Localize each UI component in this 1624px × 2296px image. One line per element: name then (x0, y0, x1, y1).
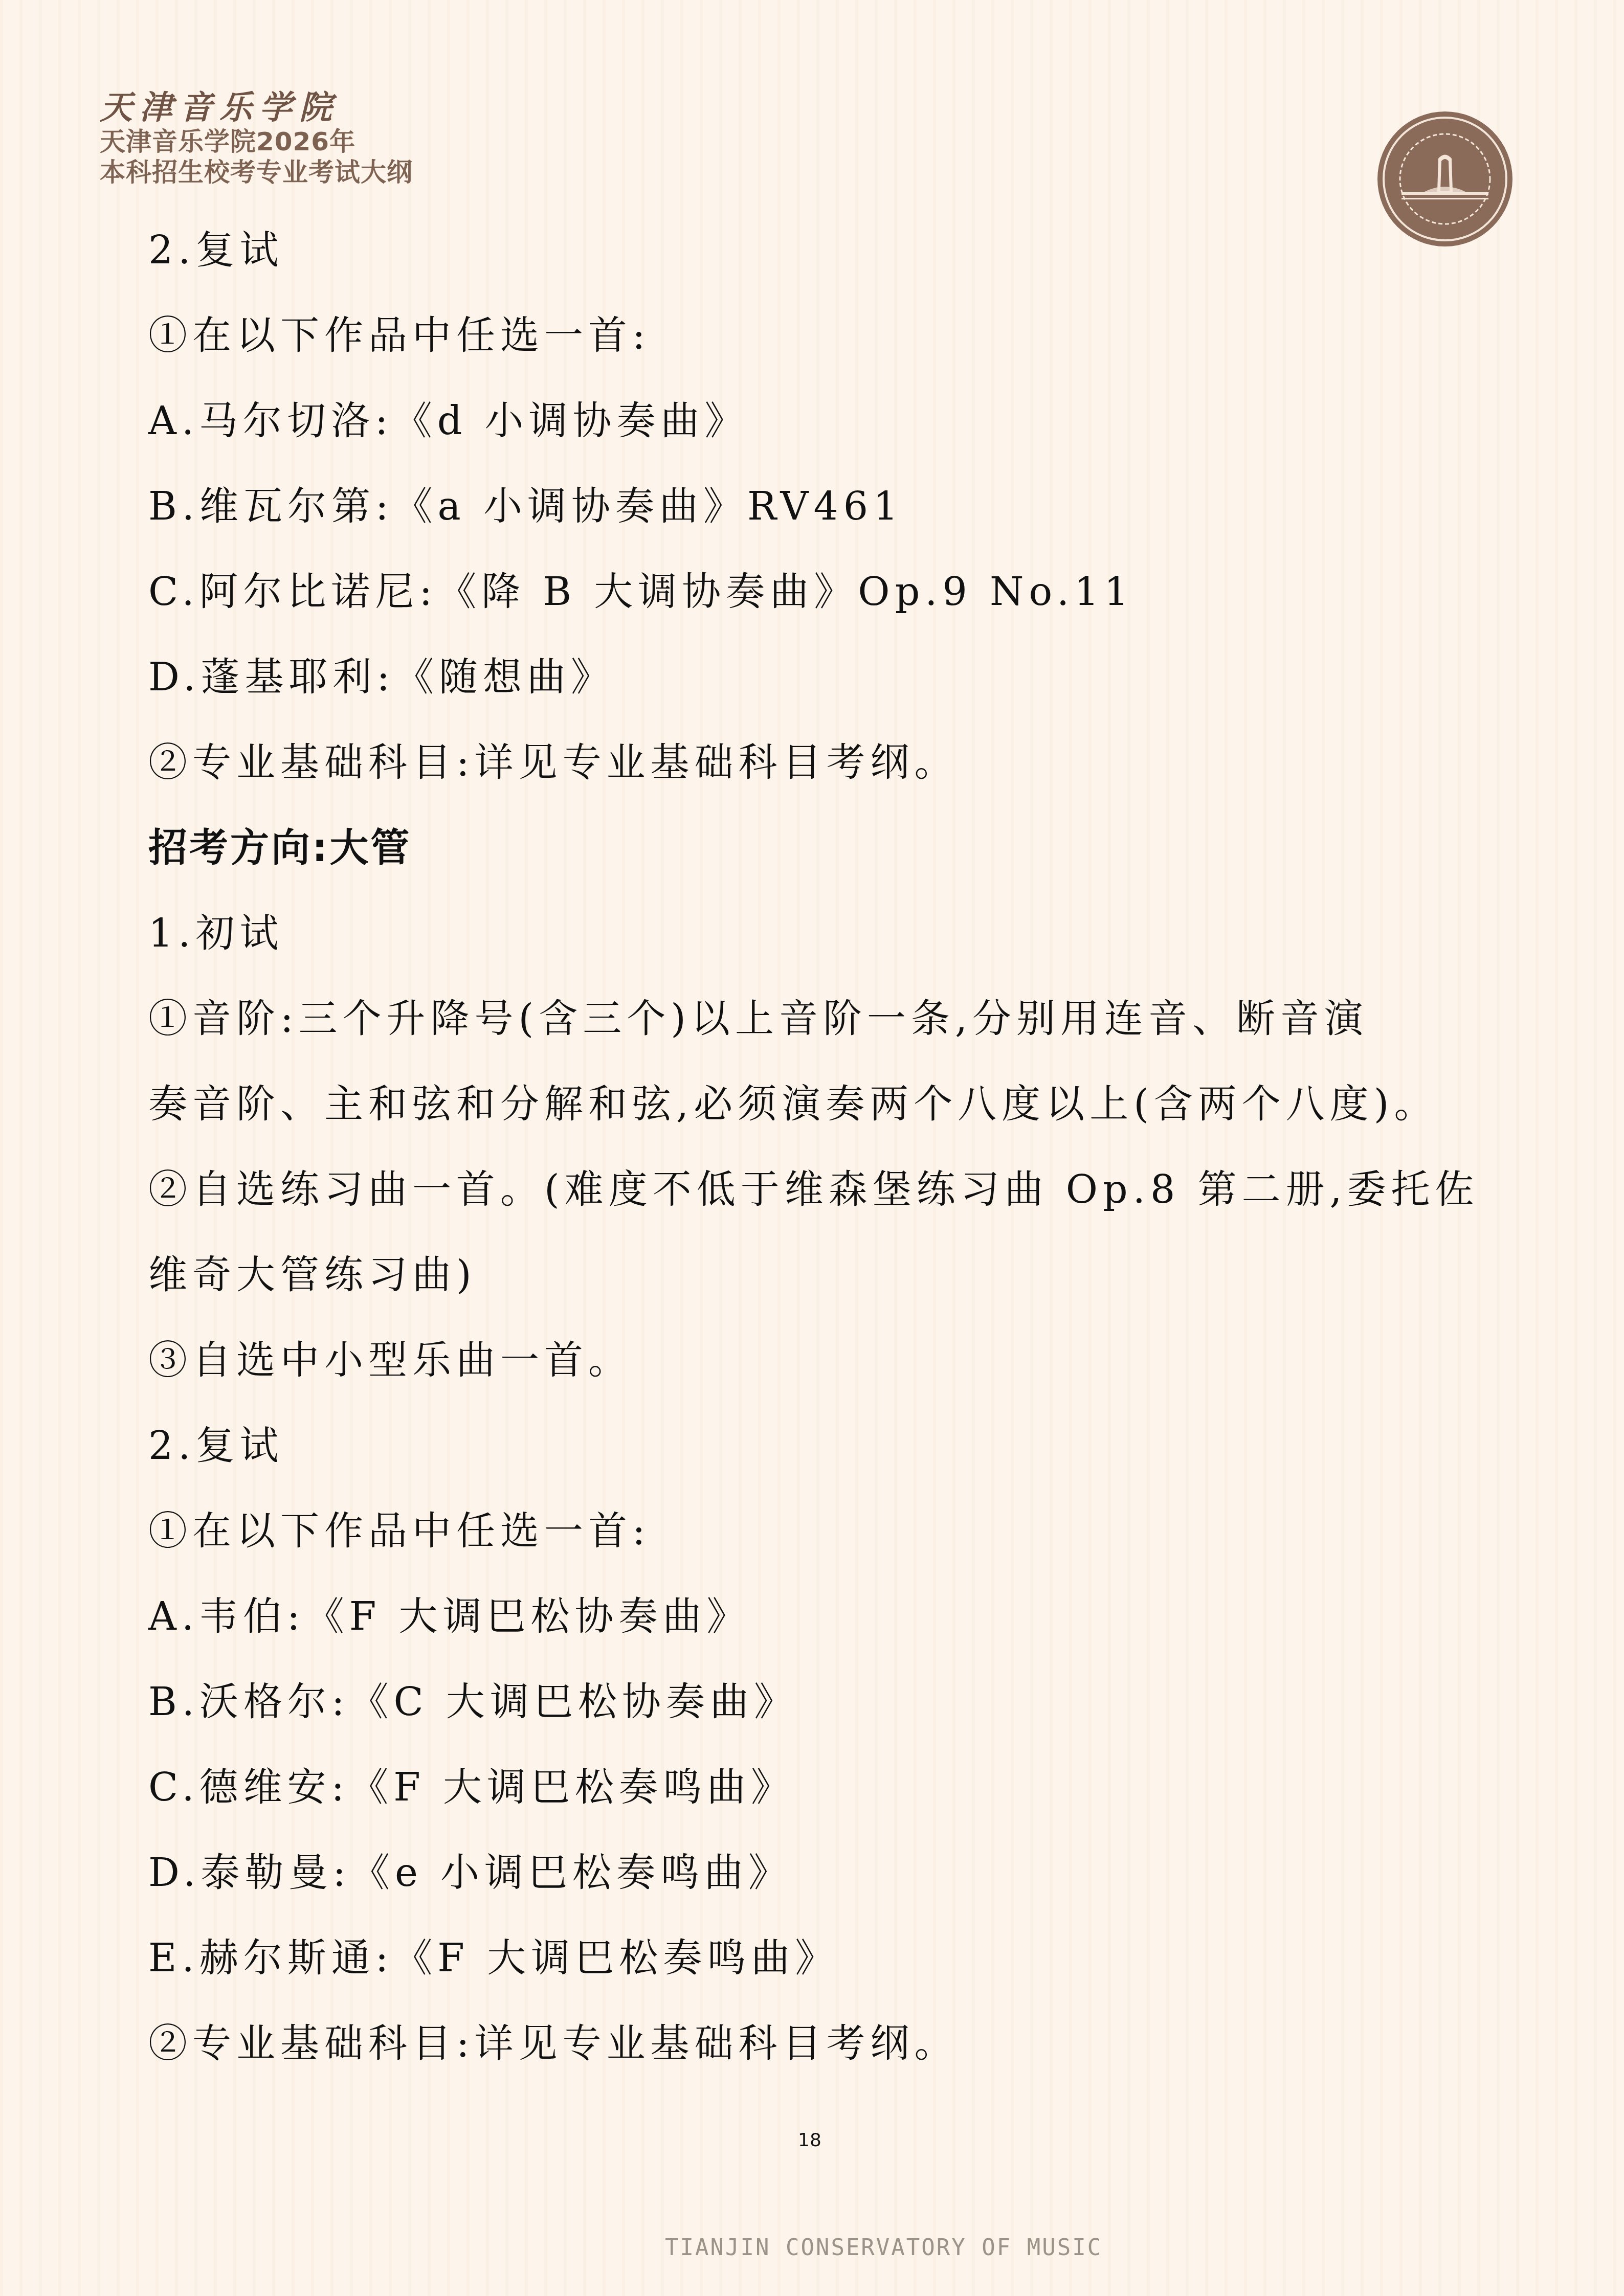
repertoire-item: C.阿尔比诺尼:《降 B 大调协奏曲》Op.9 No.11 (148, 549, 1488, 634)
repertoire-item: B.沃格尔:《C 大调巴松协奏曲》 (148, 1659, 1488, 1744)
instruction-line: ①音阶:三个升降号(含三个)以上音阶一条,分别用连音、断音演 (148, 976, 1488, 1061)
brand-calligraphy: 天津音乐学院 (100, 89, 413, 126)
header-title-line2: 本科招生校考专业考试大纲 (100, 157, 413, 188)
document-header: 天津音乐学院 天津音乐学院2026年 本科招生校考专业考试大纲 (100, 89, 413, 188)
header-title-line1: 天津音乐学院2026年 (100, 126, 413, 157)
page-number: 18 (798, 2130, 821, 2151)
repertoire-item: B.维瓦尔第:《a 小调协奏曲》RV461 (148, 463, 1488, 549)
instruction-line: ②自选练习曲一首。(难度不低于维森堡练习曲 Op.8 第二册,委托佐 (148, 1146, 1488, 1232)
document-body: 2.复试 ①在以下作品中任选一首: A.马尔切洛:《d 小调协奏曲》 B.维瓦尔… (148, 207, 1488, 2086)
direction-heading-bassoon: 招考方向:大管 (148, 805, 1488, 890)
instruction-line: 奏音阶、主和弦和分解和弦,必须演奏两个八度以上(含两个八度)。 (148, 1061, 1488, 1146)
instruction-line: ②专业基础科目:详见专业基础科目考纲。 (148, 2000, 1488, 2086)
section-heading-retest: 2.复试 (148, 207, 1488, 292)
section-heading-retest: 2.复试 (148, 1403, 1488, 1488)
repertoire-item: E.赫尔斯通:《F 大调巴松奏鸣曲》 (148, 1915, 1488, 2000)
repertoire-item: C.德维安:《F 大调巴松奏鸣曲》 (148, 1744, 1488, 1830)
footer-institution-name: TIANJIN CONSERVATORY OF MUSIC (665, 2235, 1102, 2261)
repertoire-item: A.马尔切洛:《d 小调协奏曲》 (148, 378, 1488, 463)
instruction-line: 维奇大管练习曲) (148, 1232, 1488, 1317)
instruction-line: ①在以下作品中任选一首: (148, 292, 1488, 378)
instruction-line: ③自选中小型乐曲一首。 (148, 1317, 1488, 1403)
instruction-line: ①在以下作品中任选一首: (148, 1488, 1488, 1573)
section-heading-preliminary: 1.初试 (148, 890, 1488, 976)
instruction-line: ②专业基础科目:详见专业基础科目考纲。 (148, 719, 1488, 805)
repertoire-item: A.韦伯:《F 大调巴松协奏曲》 (148, 1573, 1488, 1659)
repertoire-item: D.蓬基耶利:《随想曲》 (148, 634, 1488, 719)
repertoire-item: D.泰勒曼:《e 小调巴松奏鸣曲》 (148, 1830, 1488, 1915)
